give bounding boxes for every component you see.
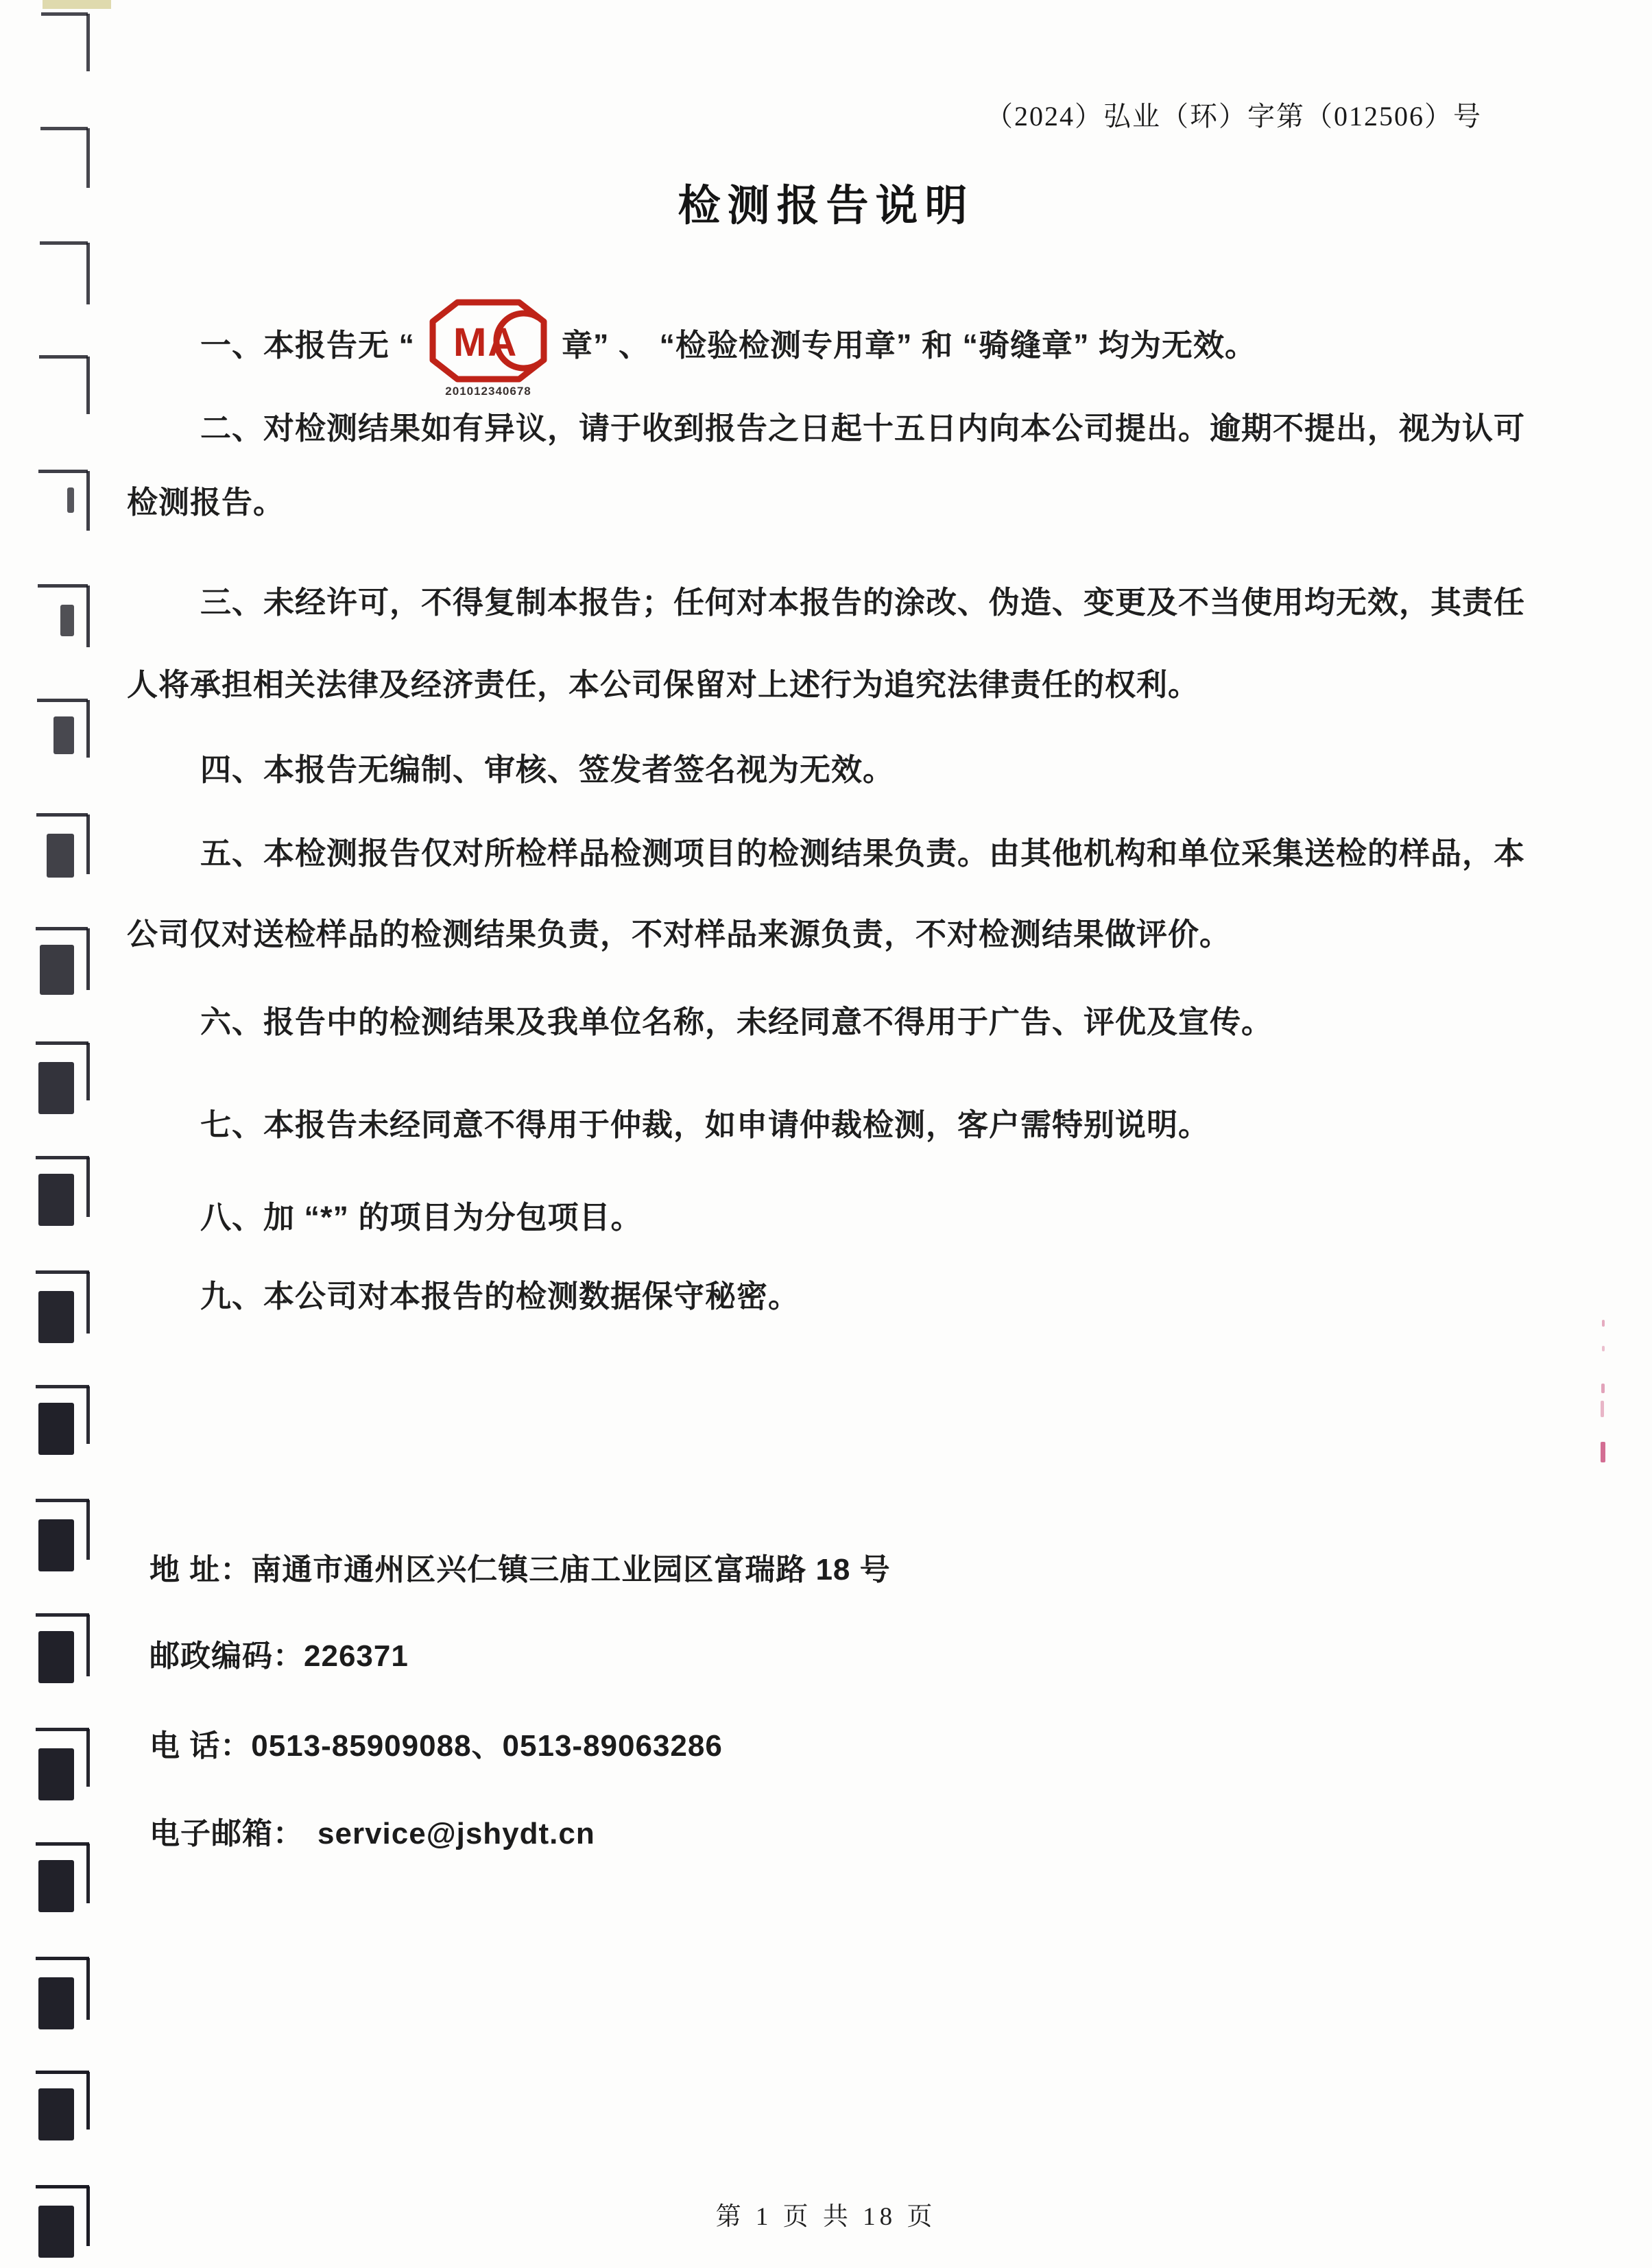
binding-hole-mark <box>0 470 103 535</box>
postal-label: 邮政编码： <box>149 1639 304 1673</box>
stamp-bleed-dot <box>1602 1346 1605 1351</box>
binder-tab-mark <box>43 0 111 9</box>
binding-hole-mark <box>0 12 103 77</box>
item-2-line-1: 二、对检测结果如有异议，请于收到报告之日起十五日内向本公司提出。逾期不提出，视为… <box>200 403 1525 448</box>
binding-hole-mark <box>0 355 103 420</box>
binding-hole-mark <box>0 1499 103 1564</box>
binding-hole-mark <box>0 2071 103 2136</box>
item-5-line-1: 五、本检测报告仅对所检样品检测项目的检测结果负责。由其他机构和单位采集送检的样品… <box>200 828 1525 873</box>
phone-label: 电 话： <box>149 1729 251 1763</box>
cma-serial-number: 201012340678 <box>418 385 559 398</box>
item-3-line-2: 人将承担相关法律及经济责任，本公司保留对上述行为追究法律责任的权利。 <box>127 660 1199 704</box>
stamp-bleed-dot <box>1602 1320 1605 1327</box>
postal-value: 226371 <box>304 1639 409 1673</box>
item-4: 四、本报告无编制、审核、签发者签名视为无效。 <box>200 745 894 789</box>
binding-hole-mark <box>0 1041 103 1107</box>
phone-line: 电 话：0513-85909088、0513-89063286 <box>149 1721 723 1765</box>
cma-stamp: MA 201012340678 <box>418 297 559 405</box>
binding-hole-mark <box>0 813 103 878</box>
cma-stamp-icon: MA <box>418 297 559 385</box>
binding-hole-mark <box>0 241 103 306</box>
postal-line: 邮政编码：226371 <box>149 1631 409 1675</box>
address-label: 地 址： <box>149 1553 251 1587</box>
address-value: 南通市通州区兴仁镇三庙工业园区富瑞路 18 号 <box>251 1553 890 1587</box>
binding-hole-mark <box>0 927 103 992</box>
report-page: （2024）弘业（环）字第（012506）号 检测报告说明 一、本报告无 “ M… <box>0 0 1652 2268</box>
item-9: 九、本公司对本报告的检测数据保守秘密。 <box>200 1271 800 1316</box>
email-line: 电子邮箱：service@jshydt.cn <box>149 1809 595 1853</box>
binding-hole-mark <box>0 1270 103 1336</box>
item-2-line-2: 检测报告。 <box>127 477 285 522</box>
svg-text:MA: MA <box>453 320 518 365</box>
binding-hole-mark <box>0 699 103 764</box>
binding-hole-mark <box>0 1613 103 1678</box>
address-line: 地 址：南通市通州区兴仁镇三庙工业园区富瑞路 18 号 <box>149 1545 891 1589</box>
item-7: 七、本报告未经同意不得用于仲裁，如申请仲裁检测，客户需特别说明。 <box>200 1100 1210 1144</box>
binding-hole-mark <box>0 584 103 649</box>
page-footer: 第 1 页 共 18 页 <box>0 2195 1652 2232</box>
email-label: 电子邮箱： <box>149 1817 304 1850</box>
item-1-prefix: 一、本报告无 “ <box>200 328 415 363</box>
stamp-bleed-dot <box>1601 1442 1605 1462</box>
item-5-line-2: 公司仅对送检样品的检测结果负责，不对样品来源负责，不对检测结果做评价。 <box>127 909 1231 954</box>
doc-number: （2024）弘业（环）字第（012506）号 <box>985 95 1482 134</box>
page-title: 检测报告说明 <box>0 171 1652 232</box>
item-1: 一、本报告无 “ MA 201012340678章” 、 “检验检测专用章” 和… <box>200 297 1256 405</box>
binding-hole-mark <box>0 1842 103 1907</box>
binding-hole-mark <box>0 1957 103 2022</box>
item-6: 六、报告中的检测结果及我单位名称，未经同意不得用于广告、评优及宣传。 <box>200 997 1273 1041</box>
item-1-suffix: 章” 、 “检验检测专用章” 和 “骑缝章” 均为无效。 <box>562 328 1256 363</box>
stamp-bleed-dot <box>1601 1401 1604 1417</box>
binding-hole-mark <box>0 1728 103 1793</box>
email-value: service@jshydt.cn <box>318 1817 595 1850</box>
item-3-line-1: 三、未经许可，不得复制本报告；任何对本报告的涂改、伪造、变更及不当使用均无效，其… <box>200 577 1525 622</box>
binding-hole-mark <box>0 1385 103 1450</box>
item-8: 八、加 “*” 的项目为分包项目。 <box>200 1192 643 1237</box>
stamp-bleed-dot <box>1601 1384 1605 1393</box>
binding-hole-mark <box>0 1156 103 1221</box>
phone-value: 0513-85909088、0513-89063286 <box>251 1729 723 1763</box>
